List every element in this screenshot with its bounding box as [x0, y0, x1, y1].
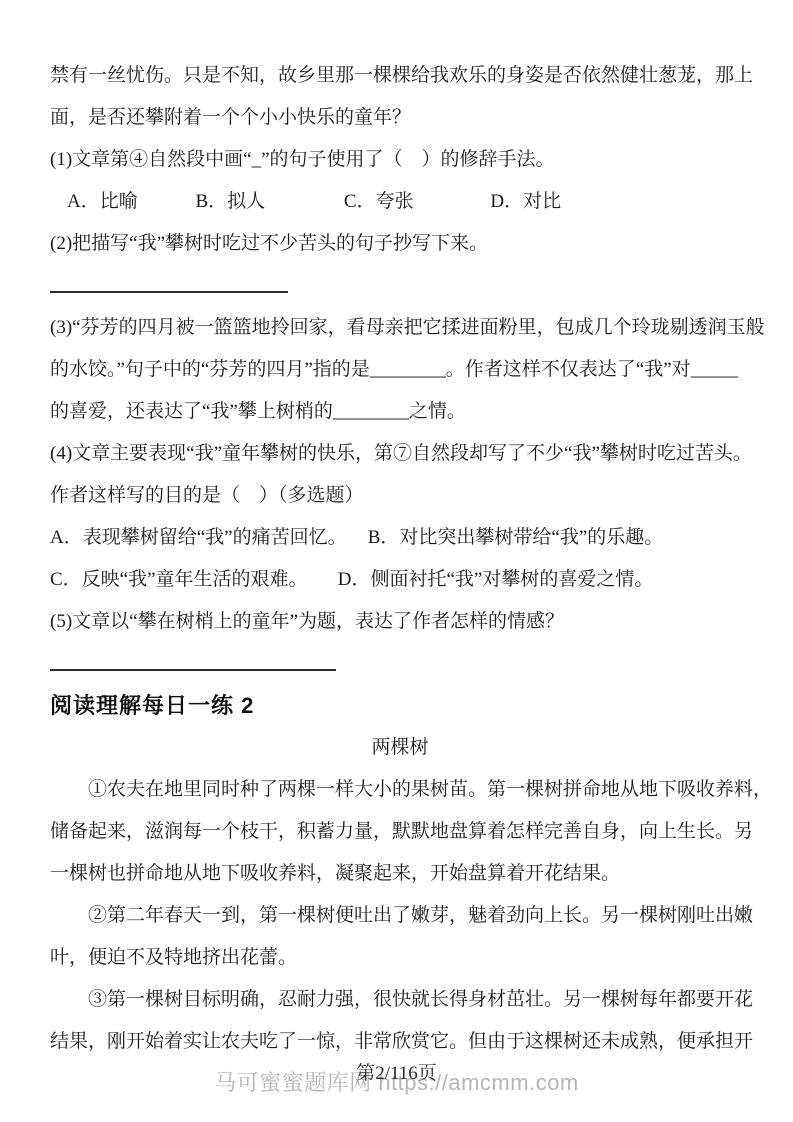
question-3-line: 的喜爱，还表达了“我”攀上树梢的________之情。: [50, 391, 750, 433]
page-number: 第2/116页: [0, 1058, 793, 1085]
question-1: (1)文章第④自然段中画“_”的句子使用了（ ）的修辞手法。: [50, 139, 750, 181]
passage2-para1-line: ①农夫在地里同时种了两棵一样大小的果树苗。第一棵树拼命地从地下吸收养料，: [50, 769, 750, 811]
option-d: D．对比: [490, 181, 561, 223]
question-4-options-row2: C．反映“我”童年生活的艰难。 D．侧面衬托“我”对攀树的喜爱之情。: [50, 559, 750, 601]
question-4-options-row1: A．表现攀树留给“我”的痛苦回忆。 B．对比突出攀树带给“我”的乐趣。: [50, 517, 750, 559]
question-3-line: (3)“芬芳的四月被一篮篮地拎回家，看母亲把它揉进面粉里，包成几个玲珑剔透润玉般: [50, 307, 750, 349]
passage2-para1-line: 储备起来，滋润每一个枝干，积蓄力量，默默地盘算着怎样完善自身，向上生长。另: [50, 811, 750, 853]
option-c: C．反映“我”童年生活的艰难。: [50, 559, 333, 601]
passage1-tail-line: 禁有一丝忧伤。只是不知，故乡里那一棵棵给我欢乐的身姿是否依然健壮葱茏，那上: [50, 55, 750, 97]
passage2-para2-line: ②第二年春天一到，第一棵树便吐出了嫩芽，魅着劲向上长。另一棵树刚吐出嫩: [50, 895, 750, 937]
question-2: (2)把描写“我”攀树时吃过不少苦头的句子抄写下来。: [50, 223, 750, 265]
passage2-para1-line: 一棵树也拼命地从地下吸收养料，凝聚起来，开始盘算着开花结果。: [50, 853, 750, 895]
question-4-line: (4)文章主要表现“我”童年攀树的快乐，第⑦自然段却写了不少“我”攀树时吃过苦头…: [50, 433, 750, 475]
passage2-title: 两棵树: [50, 727, 750, 769]
page-footer: 马可蜜蜜题库网 https://amcmm.com 第2/116页: [0, 1056, 793, 1100]
passage1-tail-line: 面，是否还攀附着一个个小小快乐的童年？: [50, 97, 750, 139]
passage2-para2-line: 叶，便迫不及特地挤出花蕾。: [50, 937, 750, 979]
answer-blank-line: [50, 265, 288, 293]
passage2-para3-line: ③第一棵树目标明确，忍耐力强，很快就长得身材茁壮。另一棵树每年都要开花: [50, 979, 750, 1021]
answer-blank-slot: [50, 643, 750, 685]
option-d: D．侧面衬托“我”对攀树的喜爱之情。: [338, 569, 654, 590]
option-b: B．拟人: [195, 181, 265, 223]
option-c: C．夸张: [344, 181, 414, 223]
question-5: (5)文章以“攀在树梢上的童年”为题，表达了作者怎样的情感？: [50, 601, 750, 643]
worksheet-page: 禁有一丝忧伤。只是不知，故乡里那一棵棵给我欢乐的身姿是否依然健壮葱茏，那上 面，…: [0, 0, 793, 1122]
option-a: A．表现攀树留给“我”的痛苦回忆。: [50, 517, 363, 559]
option-a: A．比喻: [67, 181, 138, 223]
answer-blank-slot: [50, 265, 750, 307]
question-1-options: A．比喻 B．拟人 C．夸张 D．对比: [50, 181, 750, 223]
answer-blank-line: [50, 643, 336, 671]
question-4-line: 作者这样写的目的是（ ）（多选题）: [50, 475, 750, 517]
option-b: B．对比突出攀树带给“我”的乐趣。: [368, 527, 664, 548]
question-3-line: 的水饺。”句子中的“芬芳的四月”指的是________。作者这样不仅表达了“我”…: [50, 349, 750, 391]
section-heading: 阅读理解每日一练 2: [50, 685, 750, 727]
page-content: 禁有一丝忧伤。只是不知，故乡里那一棵棵给我欢乐的身姿是否依然健壮葱茏，那上 面，…: [50, 55, 750, 1063]
